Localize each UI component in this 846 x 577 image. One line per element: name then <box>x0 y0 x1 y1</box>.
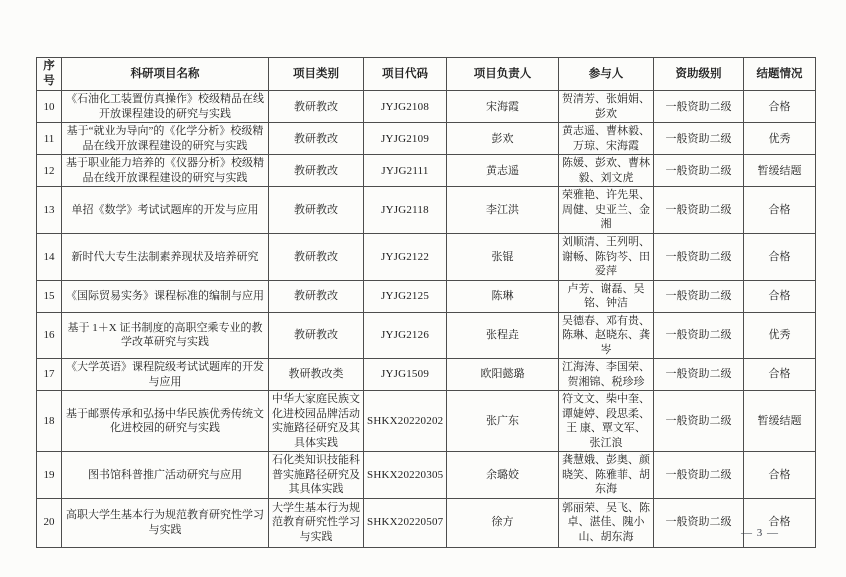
cell-code: JYJG2126 <box>364 312 447 359</box>
cell-funding-level: 一般资助二级 <box>654 280 744 312</box>
cell-code: SHKX20220507 <box>364 498 447 547</box>
column-header-funding-level: 资助级别 <box>654 58 744 91</box>
cell-project-name: 基于邮票传承和弘扬中华民族优秀传统文化进校园的研究与实践 <box>62 391 269 452</box>
cell-code: JYJG2118 <box>364 187 447 234</box>
cell-leader: 张锟 <box>447 233 559 280</box>
cell-project-name: 高职大学生基本行为规范教育研究性学习与实践 <box>62 498 269 547</box>
column-header-category: 项目类别 <box>269 58 364 91</box>
cell-project-name: 《大学英语》课程院级考试试题库的开发与应用 <box>62 359 269 391</box>
document-page: 序号 科研项目名称 项目类别 项目代码 项目负责人 参与人 资助级别 结题情况 … <box>0 0 846 577</box>
cell-serial: 11 <box>37 123 62 155</box>
table-row: 20 高职大学生基本行为规范教育研究性学习与实践 大学生基本行为规范教育研究性学… <box>37 498 816 547</box>
cell-serial: 17 <box>37 359 62 391</box>
cell-category: 教研教改 <box>269 233 364 280</box>
cell-participants: 江海涛、李国荣、贺湘锦、税珍珍 <box>559 359 654 391</box>
cell-serial: 20 <box>37 498 62 547</box>
table-row: 13 单招《数学》考试试题库的开发与应用 教研教改 JYJG2118 李江洪 荣… <box>37 187 816 234</box>
cell-funding-level: 一般资助二级 <box>654 498 744 547</box>
column-header-leader: 项目负责人 <box>447 58 559 91</box>
cell-leader: 余璐姣 <box>447 452 559 499</box>
cell-leader: 彭欢 <box>447 123 559 155</box>
cell-status: 优秀 <box>744 123 816 155</box>
column-header-code: 项目代码 <box>364 58 447 91</box>
cell-participants: 吴德春、邓有贵、陈琳、赵晓东、龚岑 <box>559 312 654 359</box>
cell-project-name: 《石油化工装置仿真操作》校级精品在线开放课程建设的研究与实践 <box>62 91 269 123</box>
cell-serial: 13 <box>37 187 62 234</box>
page-number: — 3 — <box>718 527 802 539</box>
cell-code: JYJG2108 <box>364 91 447 123</box>
cell-status: 合格 <box>744 91 816 123</box>
cell-leader: 陈琳 <box>447 280 559 312</box>
cell-project-name: 基于 1＋X 证书制度的高职空乘专业的教学改革研究与实践 <box>62 312 269 359</box>
cell-leader: 欧阳懿璐 <box>447 359 559 391</box>
cell-category: 教研教改 <box>269 123 364 155</box>
cell-participants: 刘顺清、王列明、谢畅、陈钧芩、田爱萍 <box>559 233 654 280</box>
cell-status: 合格 <box>744 359 816 391</box>
research-projects-table: 序号 科研项目名称 项目类别 项目代码 项目负责人 参与人 资助级别 结题情况 … <box>36 57 816 548</box>
cell-participants: 陈媛、彭欢、曹林毅、刘文虎 <box>559 155 654 187</box>
cell-project-name: 基于职业能力培养的《仪器分析》校级精品在线开放课程建设的研究与实践 <box>62 155 269 187</box>
table-row: 11 基于“就业为导向”的《化学分析》校级精品在线开放课程建设的研究与实践 教研… <box>37 123 816 155</box>
cell-participants: 符文文、柴中奎、谭婕婷、段思柔、王 康、覃文军、张江浪 <box>559 391 654 452</box>
cell-serial: 16 <box>37 312 62 359</box>
cell-participants: 郭丽荣、吴飞、陈卓、湛佳、隗小山、胡东海 <box>559 498 654 547</box>
cell-funding-level: 一般资助二级 <box>654 91 744 123</box>
cell-leader: 李江洪 <box>447 187 559 234</box>
cell-code: SHKX20220202 <box>364 391 447 452</box>
cell-funding-level: 一般资助二级 <box>654 452 744 499</box>
cell-leader: 黄志遥 <box>447 155 559 187</box>
cell-participants: 龚慧娥、彭奥、颜晓笑、陈雅菲、胡东海 <box>559 452 654 499</box>
cell-project-name: 基于“就业为导向”的《化学分析》校级精品在线开放课程建设的研究与实践 <box>62 123 269 155</box>
table-row: 16 基于 1＋X 证书制度的高职空乘专业的教学改革研究与实践 教研教改 JYJ… <box>37 312 816 359</box>
cell-category: 教研教改 <box>269 187 364 234</box>
cell-status: 合格 <box>744 498 816 547</box>
cell-status: 合格 <box>744 187 816 234</box>
cell-status: 暂缓结题 <box>744 391 816 452</box>
cell-code: JYJG2109 <box>364 123 447 155</box>
cell-serial: 10 <box>37 91 62 123</box>
table-row: 10 《石油化工装置仿真操作》校级精品在线开放课程建设的研究与实践 教研教改 J… <box>37 91 816 123</box>
header-row: 序号 科研项目名称 项目类别 项目代码 项目负责人 参与人 资助级别 结题情况 <box>37 58 816 91</box>
cell-category: 教研教改 <box>269 280 364 312</box>
cell-code: JYJG2125 <box>364 280 447 312</box>
cell-status: 暂缓结题 <box>744 155 816 187</box>
cell-funding-level: 一般资助二级 <box>654 233 744 280</box>
cell-code: JYJG2122 <box>364 233 447 280</box>
cell-code: JYJG2111 <box>364 155 447 187</box>
cell-project-name: 《国际贸易实务》课程标准的编制与应用 <box>62 280 269 312</box>
cell-funding-level: 一般资助二级 <box>654 123 744 155</box>
cell-code: SHKX20220305 <box>364 452 447 499</box>
cell-serial: 19 <box>37 452 62 499</box>
cell-code: JYJG1509 <box>364 359 447 391</box>
cell-project-name: 新时代大专生法制素养现状及培养研究 <box>62 233 269 280</box>
cell-status: 合格 <box>744 280 816 312</box>
cell-category: 中华大家庭民族文化进校园品牌活动实施路径研究及其具体实践 <box>269 391 364 452</box>
cell-project-name: 图书馆科普推广活动研究与应用 <box>62 452 269 499</box>
cell-leader: 徐方 <box>447 498 559 547</box>
table-row: 14 新时代大专生法制素养现状及培养研究 教研教改 JYJG2122 张锟 刘顺… <box>37 233 816 280</box>
cell-category: 石化类知识技能科普实施路径研究及其具体实践 <box>269 452 364 499</box>
table-row: 17 《大学英语》课程院级考试试题库的开发与应用 教研教改类 JYJG1509 … <box>37 359 816 391</box>
column-header-project-name: 科研项目名称 <box>62 58 269 91</box>
cell-project-name: 单招《数学》考试试题库的开发与应用 <box>62 187 269 234</box>
cell-funding-level: 一般资助二级 <box>654 187 744 234</box>
column-header-serial: 序号 <box>37 58 62 91</box>
column-header-status: 结题情况 <box>744 58 816 91</box>
column-header-participants: 参与人 <box>559 58 654 91</box>
cell-status: 合格 <box>744 233 816 280</box>
cell-leader: 宋海霞 <box>447 91 559 123</box>
cell-participants: 荣雅艳、许先果、周健、史亚兰、金湘 <box>559 187 654 234</box>
cell-leader: 张程垚 <box>447 312 559 359</box>
cell-funding-level: 一般资助二级 <box>654 155 744 187</box>
cell-status: 优秀 <box>744 312 816 359</box>
cell-funding-level: 一般资助二级 <box>654 359 744 391</box>
cell-status: 合格 <box>744 452 816 499</box>
table-row: 19 图书馆科普推广活动研究与应用 石化类知识技能科普实施路径研究及其具体实践 … <box>37 452 816 499</box>
cell-serial: 18 <box>37 391 62 452</box>
cell-serial: 15 <box>37 280 62 312</box>
cell-funding-level: 一般资助二级 <box>654 391 744 452</box>
cell-category: 大学生基本行为规范教育研究性学习与实践 <box>269 498 364 547</box>
cell-participants: 卢芳、谢磊、吴铭、钟洁 <box>559 280 654 312</box>
cell-category: 教研教改类 <box>269 359 364 391</box>
cell-category: 教研教改 <box>269 312 364 359</box>
cell-category: 教研教改 <box>269 155 364 187</box>
table-row: 15 《国际贸易实务》课程标准的编制与应用 教研教改 JYJG2125 陈琳 卢… <box>37 280 816 312</box>
cell-participants: 黄志遥、曹林毅、万琼、宋海霞 <box>559 123 654 155</box>
cell-category: 教研教改 <box>269 91 364 123</box>
table-row: 18 基于邮票传承和弘扬中华民族优秀传统文化进校园的研究与实践 中华大家庭民族文… <box>37 391 816 452</box>
cell-participants: 贺清芳、张娟娟、彭欢 <box>559 91 654 123</box>
cell-serial: 12 <box>37 155 62 187</box>
cell-serial: 14 <box>37 233 62 280</box>
cell-funding-level: 一般资助二级 <box>654 312 744 359</box>
cell-leader: 张广东 <box>447 391 559 452</box>
table-row: 12 基于职业能力培养的《仪器分析》校级精品在线开放课程建设的研究与实践 教研教… <box>37 155 816 187</box>
